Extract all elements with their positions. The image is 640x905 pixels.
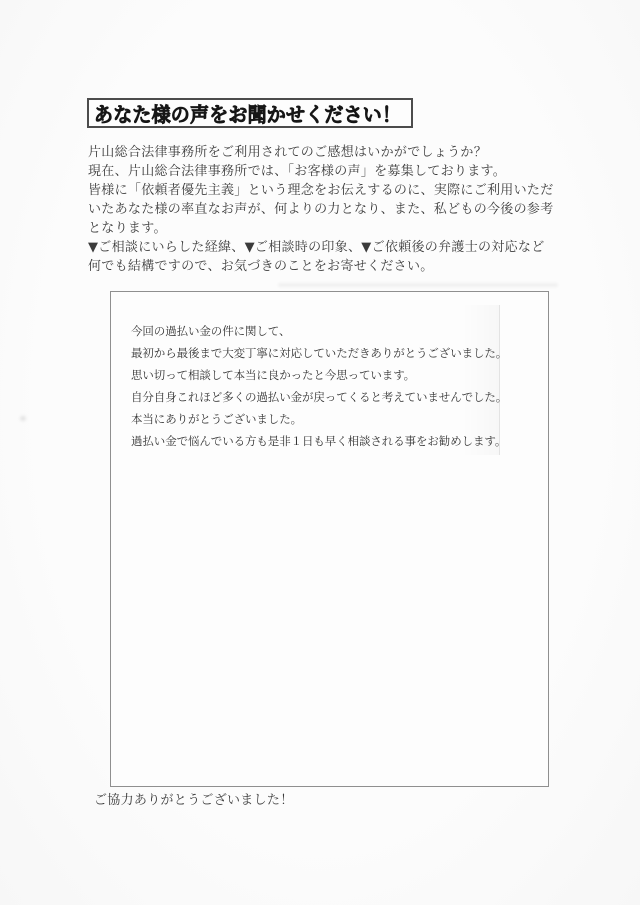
intro-line: となります。 <box>88 219 568 238</box>
intro-line: 現在、片山総合法律事務所では、「お客様の声」を募集しております。 <box>88 162 568 181</box>
feedback-line: 今回の過払い金の件に関して、 <box>131 320 507 342</box>
intro-line: 皆様に「依頼者優先主義」という理念をお伝えするのに、実際にご利用いただ <box>88 181 568 200</box>
feedback-line: 思い切って相談して本当に良かったと今思っています。 <box>131 364 507 386</box>
intro-line: いたあなた様の率直なお声が、何よりの力となり、また、私どもの今後の参考 <box>88 200 568 219</box>
feedback-line: 自分自身これほど多くの過払い金が戻ってくると考えていませんでした。 <box>131 386 507 408</box>
intro-paragraph: 片山総合法律事務所をご利用されてのご感想はいかがでしょうか？ 現在、片山総合法律… <box>88 143 568 276</box>
customer-feedback-text: 今回の過払い金の件に関して、 最初から最後まで大変丁寧に対応していただきありがと… <box>131 320 507 452</box>
intro-line: 片山総合法律事務所をご利用されてのご感想はいかがでしょうか？ <box>88 143 568 162</box>
feedback-comment-box: 今回の過払い金の件に関して、 最初から最後まで大変丁寧に対応していただきありがと… <box>110 291 549 787</box>
intro-line: 何でも結構ですので、お気づきのことをお寄せください。 <box>88 257 568 276</box>
scanned-feedback-sheet: あなた様の声をお聞かせください！ 片山総合法律事務所をご利用されてのご感想はいか… <box>0 0 640 905</box>
scan-artifact-dot <box>20 416 26 421</box>
closing-text: ご協力ありがとうございました！ <box>94 789 294 808</box>
feedback-line: 本当にありがとうございました。 <box>131 408 507 430</box>
intro-line: ▼ご相談にいらした経緯、▼ご相談時の印象、▼ご依頼後の弁護士の対応など <box>88 238 568 257</box>
page-title: あなた様の声をお聞かせください！ <box>94 99 401 127</box>
title-banner: あなた様の声をお聞かせください！ <box>87 98 413 128</box>
scan-artifact-band <box>278 283 558 287</box>
feedback-line: 過払い金で悩んでいる方も是非１日も早く相談される事をお勧めします。 <box>131 430 507 452</box>
feedback-line: 最初から最後まで大変丁寧に対応していただきありがとうございました。 <box>131 342 507 364</box>
